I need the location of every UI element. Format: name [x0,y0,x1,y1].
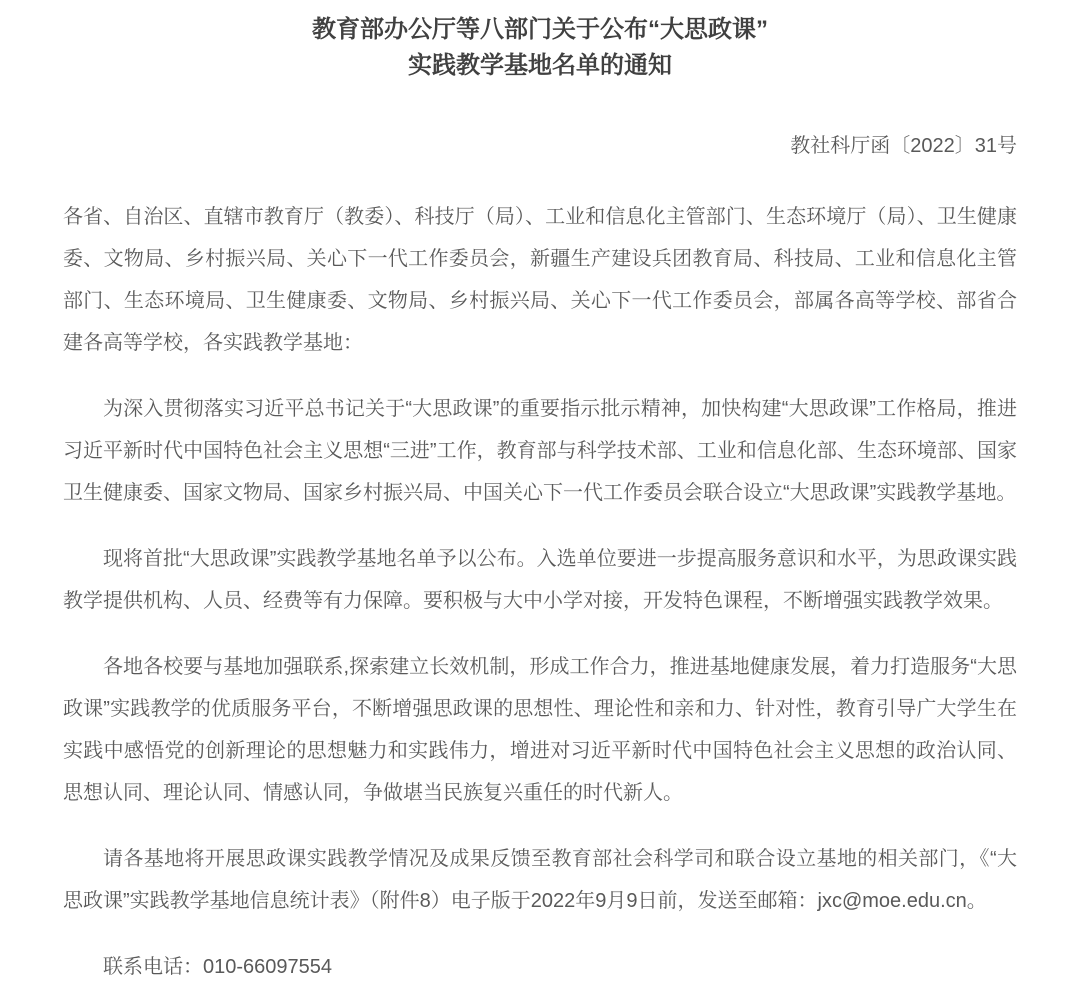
document-title: 教育部办公厅等八部门关于公布“大思政课” 实践教学基地名单的通知 [63,12,1017,84]
contact-phone-line: 联系电话：010-66097554 [63,946,1017,987]
notice-document-page: 教育部办公厅等八部门关于公布“大思政课” 实践教学基地名单的通知 教社科厅函〔2… [0,0,1080,987]
recipients-paragraph: 各省、自治区、直辖市教育厅（教委）、科技厅（局）、工业和信息化主管部门、生态环境… [63,196,1017,364]
document-title-line-1: 教育部办公厅等八部门关于公布“大思政课” [63,12,1017,48]
document-title-line-2: 实践教学基地名单的通知 [63,48,1017,84]
body-paragraph-feedback: 请各基地将开展思政课实践教学情况及成果反馈至教育部社会科学司和联合设立基地的相关… [63,838,1017,922]
body-paragraph-establishment: 为深入贯彻落实习近平总书记关于“大思政课”的重要指示批示精神，加快构建“大思政课… [63,388,1017,514]
body-paragraph-announcement: 现将首批“大思政课”实践教学基地名单予以公布。入选单位要进一步提高服务意识和水平… [63,538,1017,622]
document-reference-number: 教社科厅函〔2022〕31号 [63,132,1017,160]
body-paragraph-requirements: 各地各校要与基地加强联系,探索建立长效机制，形成工作合力，推进基地健康发展，着力… [63,646,1017,814]
